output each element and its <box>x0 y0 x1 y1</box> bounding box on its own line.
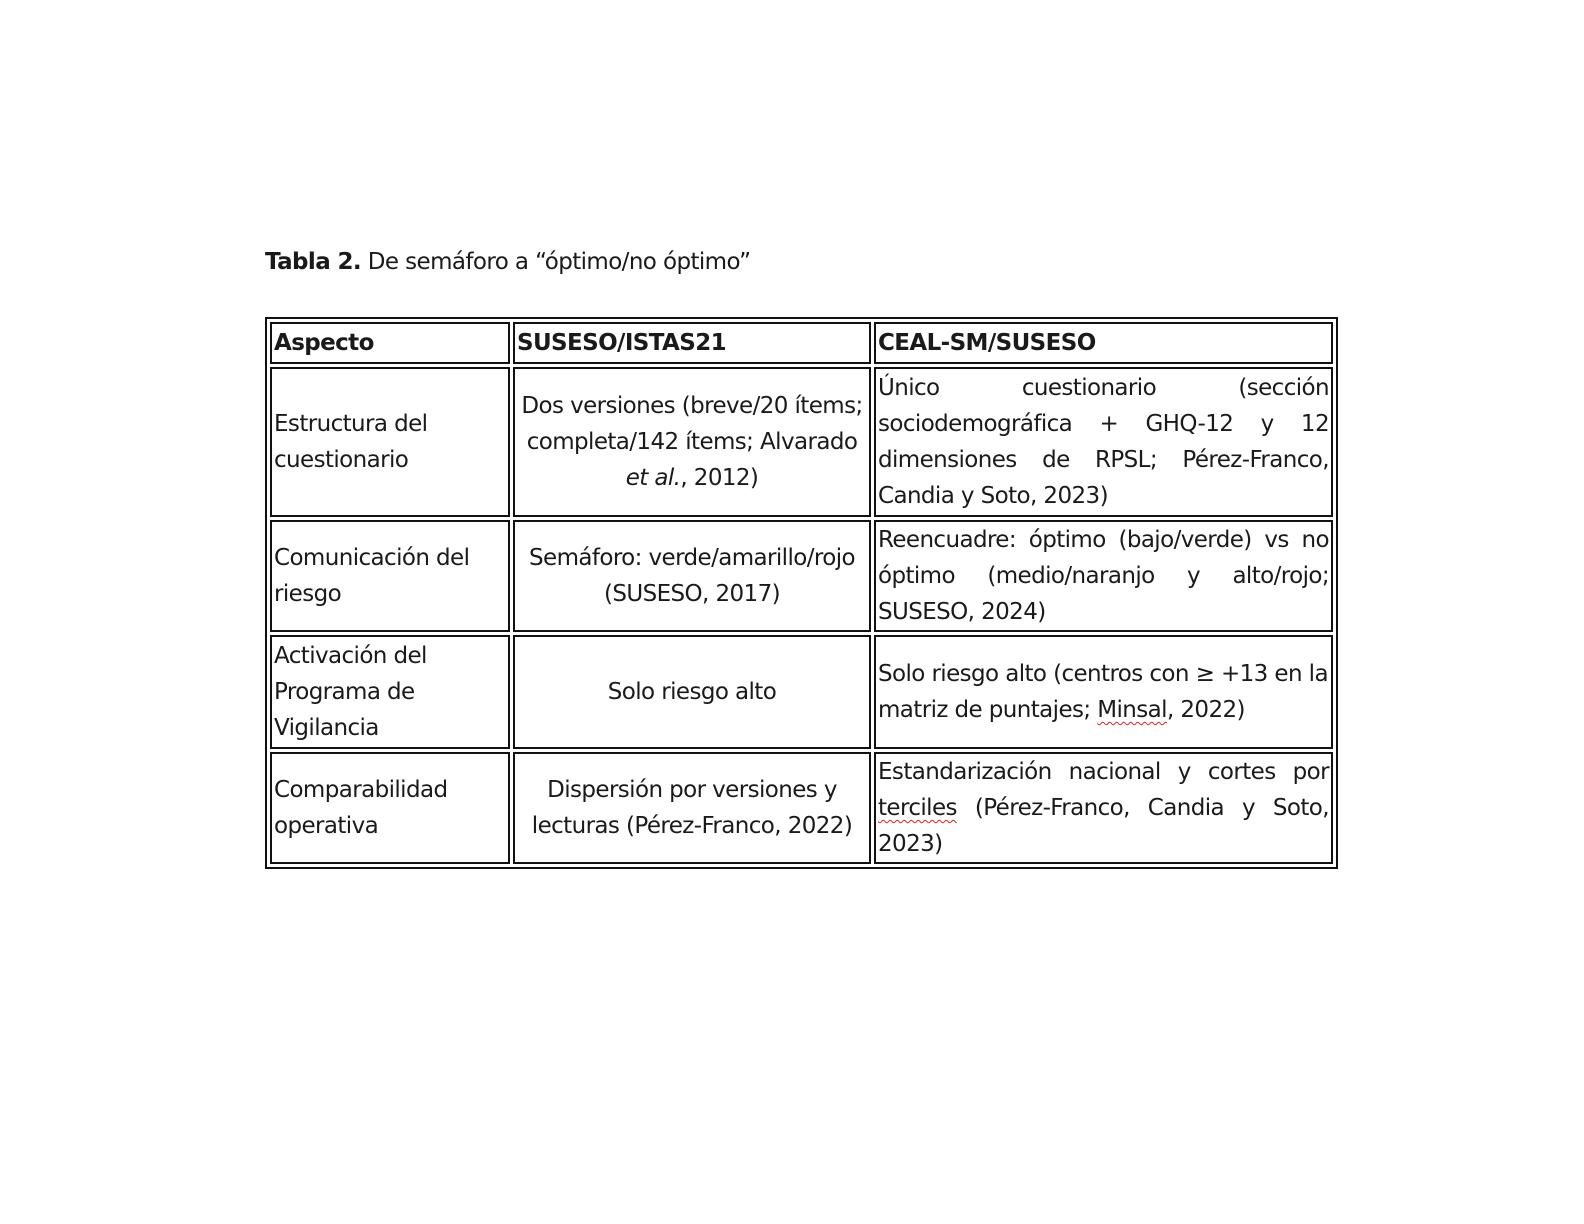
table-caption-title: De semáforo a “óptimo/no óptimo” <box>361 249 750 275</box>
header-aspecto: Aspecto <box>270 322 510 364</box>
cell-text-italic: et al. <box>626 465 681 491</box>
cell-text: , 2012) <box>680 465 758 491</box>
cell-ceal: Estandarización nacional y cortes por te… <box>874 752 1333 864</box>
spellcheck-flagged-word: terciles <box>878 795 957 821</box>
cell-aspecto: Estructura del cuestionario <box>270 367 510 517</box>
cell-aspecto: Comparabilidad operativa <box>270 752 510 864</box>
cell-istas: Dos versiones (breve/20 ítems; completa/… <box>513 367 871 517</box>
comparison-table: Aspecto SUSESO/ISTAS21 CEAL-SM/SUSESO Es… <box>265 317 1338 869</box>
spellcheck-flagged-word: Minsal <box>1097 697 1167 723</box>
table-row: Comparabilidad operativa Dispersión por … <box>270 752 1333 864</box>
cell-istas: Dispersión por versiones y lecturas (Pér… <box>513 752 871 864</box>
header-suseso-istas21: SUSESO/ISTAS21 <box>513 322 871 364</box>
cell-aspecto: Activación del Programa de Vigilancia <box>270 635 510 749</box>
cell-istas: Solo riesgo alto <box>513 635 871 749</box>
table-row: Activación del Programa de Vigilancia So… <box>270 635 1333 749</box>
cell-aspecto: Comunicación del riesgo <box>270 520 510 632</box>
cell-ceal: Solo riesgo alto (centros con ≥ +13 en l… <box>874 635 1333 749</box>
table-row: Comunicación del riesgo Semáforo: verde/… <box>270 520 1333 632</box>
cell-ceal: Único cuestionario (sección sociodemográ… <box>874 367 1333 517</box>
cell-text: , 2022) <box>1167 697 1245 723</box>
table-header-row: Aspecto SUSESO/ISTAS21 CEAL-SM/SUSESO <box>270 322 1333 364</box>
table-caption-label: Tabla 2. <box>265 249 361 275</box>
table-caption: Tabla 2. De semáforo a “óptimo/no óptimo… <box>265 249 750 275</box>
table-row: Estructura del cuestionario Dos versione… <box>270 367 1333 517</box>
cell-ceal: Reencuadre: óptimo (bajo/verde) vs no óp… <box>874 520 1333 632</box>
cell-text: Dos versiones (breve/20 ítems; completa/… <box>521 393 862 455</box>
cell-text: Estandarización nacional y cortes por <box>878 759 1329 785</box>
header-ceal-sm-suseso: CEAL-SM/SUSESO <box>874 322 1333 364</box>
cell-istas: Semáforo: verde/amarillo/rojo (SUSESO, 2… <box>513 520 871 632</box>
